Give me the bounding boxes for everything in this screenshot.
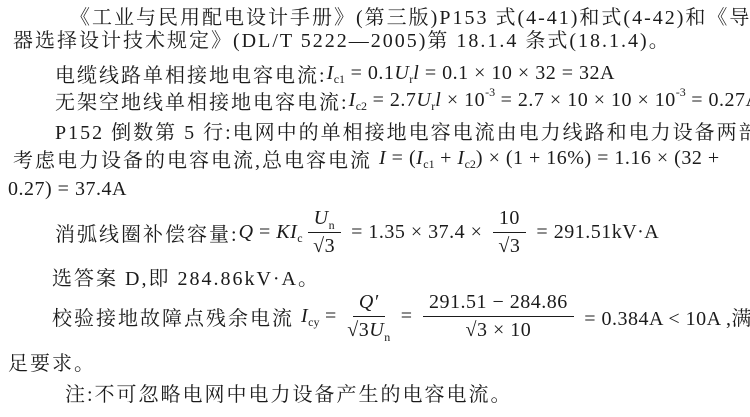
- sqrt3: √3: [347, 319, 369, 342]
- subscript-r: r: [431, 99, 435, 114]
- superscript-minus3: -3: [676, 85, 686, 100]
- numerator-10: 10: [499, 207, 520, 230]
- answer-line: 选答案 D,即 284.86kV·A。: [52, 263, 320, 289]
- fraction-un-over-sqrt3: U n √3: [308, 207, 341, 258]
- var-U: U: [369, 319, 384, 342]
- overhead-current-result: = 0.27A: [686, 89, 750, 112]
- sqrt3-times-10: √3 × 10: [466, 319, 532, 342]
- subscript-c1: c1: [423, 157, 434, 172]
- solution-document: 《工业与民用配电设计手册》(第三版)P153 式(4-41)和式(4-42)和《…: [0, 0, 750, 417]
- answer-text: 选答案 D,即 284.86kV·A。: [52, 262, 320, 291]
- total-current-continuation: 0.27) = 37.4A: [8, 176, 127, 202]
- superscript-minus3: -3: [485, 85, 495, 100]
- residual-current-check-line: 校验接地故障点残余电流 I cy = Q′ √3 U n = 291.51 − …: [52, 291, 750, 342]
- fraction-numerator: 291.51 − 284.86: [423, 291, 574, 317]
- var-KI: KI: [276, 221, 297, 244]
- plus-sign: +: [435, 147, 458, 170]
- total-current-lead: 考虑电力设备的电容电流,总电容电流: [13, 144, 379, 173]
- p152-line-1: P152 倒数第 5 行:电网中的单相接地电容电流由电力线路和电力设备两部分组成…: [55, 117, 750, 143]
- overhead-mid-expression: = 2.7 × 10 × 10 × 10: [495, 89, 676, 112]
- fraction-numerator: U n: [308, 207, 341, 233]
- subscript-n: n: [329, 219, 335, 233]
- numerator-difference: 291.51 − 284.86: [429, 291, 568, 314]
- overhead-current-line: 无架空地线单相接地电容电流: I c2 = 2.7 U r l × 10 -3 …: [55, 87, 750, 113]
- sqrt3: √3: [498, 235, 520, 258]
- cable-current-result: = 0.1 × 10 × 32 = 32A: [419, 62, 615, 85]
- fraction-denominator: √3 U n: [347, 317, 390, 342]
- fraction-qprime-over-sqrt3un: Q′ √3 U n: [347, 291, 390, 342]
- times-ten: × 10: [441, 89, 485, 112]
- total-current-expression: ) × (1 + 16%) = 1.16 × (32 +: [476, 147, 720, 170]
- fraction-10-over-sqrt3: 10 √3: [493, 207, 526, 258]
- equals-sign: =: [254, 221, 277, 244]
- fraction-numerator: Q′: [353, 291, 385, 317]
- var-I: I: [349, 89, 356, 112]
- var-U: U: [394, 62, 409, 85]
- subscript-n: n: [384, 331, 390, 345]
- subscript-r: r: [409, 72, 413, 87]
- fraction-denominator: √3: [498, 233, 520, 258]
- arc-coil-result: = 291.51kV·A: [531, 221, 659, 244]
- var-I: I: [379, 147, 386, 170]
- cable-current-line: 电缆线路单相接地电容电流: I c1 = 0.1 U r l = 0.1 × 1…: [55, 60, 615, 86]
- note-line: 注:不可忽略电网中电力设备产生的电容电流。: [65, 379, 513, 405]
- subscript-c1: c1: [334, 72, 345, 87]
- subscript-c2: c2: [356, 99, 367, 114]
- check-label: 校验接地故障点残余电流: [52, 302, 301, 331]
- equals-sign: =: [395, 305, 418, 328]
- subscript-c2: c2: [465, 157, 476, 172]
- fraction-numerator: 10: [493, 207, 526, 233]
- overhead-current-label: 无架空地线单相接地电容电流:: [55, 86, 349, 115]
- fraction-denominator: √3 × 10: [466, 317, 532, 342]
- check-continuation-line: 足要求。: [8, 348, 96, 374]
- fraction-difference-over-sqrt3x10: 291.51 − 284.86 √3 × 10: [423, 291, 574, 342]
- arc-coil-label: 消弧线圈补偿容量:: [55, 218, 239, 247]
- p152-text-1: P152 倒数第 5 行:电网中的单相接地电容电流由电力线路和电力设备两部分组成…: [55, 116, 750, 145]
- var-I: I: [327, 62, 334, 85]
- equals-coefficient: = 0.1: [345, 62, 394, 85]
- subscript-cy: cy: [308, 315, 319, 330]
- total-current-line: 考虑电力设备的电容电流,总电容电流 I = ( I c1 + I c2 ) × …: [13, 145, 720, 171]
- var-Q-prime: Q′: [359, 291, 379, 314]
- arc-mid-expression: = 1.35 × 37.4 ×: [346, 221, 488, 244]
- equals-coefficient: = 2.7: [367, 89, 416, 112]
- subscript-c: c: [297, 231, 302, 246]
- var-U: U: [314, 207, 329, 230]
- var-I: I: [457, 147, 464, 170]
- note-text: 注:不可忽略电网中电力设备产生的电容电流。: [65, 378, 513, 407]
- var-I: I: [416, 147, 423, 170]
- sqrt3: √3: [313, 235, 335, 258]
- fraction-denominator: √3: [313, 233, 335, 258]
- reference-line-2: 器选择设计技术规定》(DL/T 5222—2005)第 18.1.4 条式(18…: [13, 25, 671, 51]
- check-result: = 0.384A < 10A ,满: [579, 302, 750, 331]
- equals-open-paren: = (: [386, 147, 416, 170]
- reference-text-2: 器选择设计技术规定》(DL/T 5222—2005)第 18.1.4 条式(18…: [13, 24, 671, 53]
- var-Q: Q: [239, 221, 254, 244]
- arc-coil-capacity-line: 消弧线圈补偿容量: Q = KI c U n √3 = 1.35 × 37.4 …: [55, 207, 659, 258]
- total-current-result: 0.27) = 37.4A: [8, 178, 127, 201]
- check-continuation-text: 足要求。: [8, 347, 96, 376]
- var-I: I: [301, 305, 308, 328]
- cable-current-label: 电缆线路单相接地电容电流:: [55, 59, 327, 88]
- equals-sign: =: [320, 305, 343, 328]
- var-U: U: [416, 89, 431, 112]
